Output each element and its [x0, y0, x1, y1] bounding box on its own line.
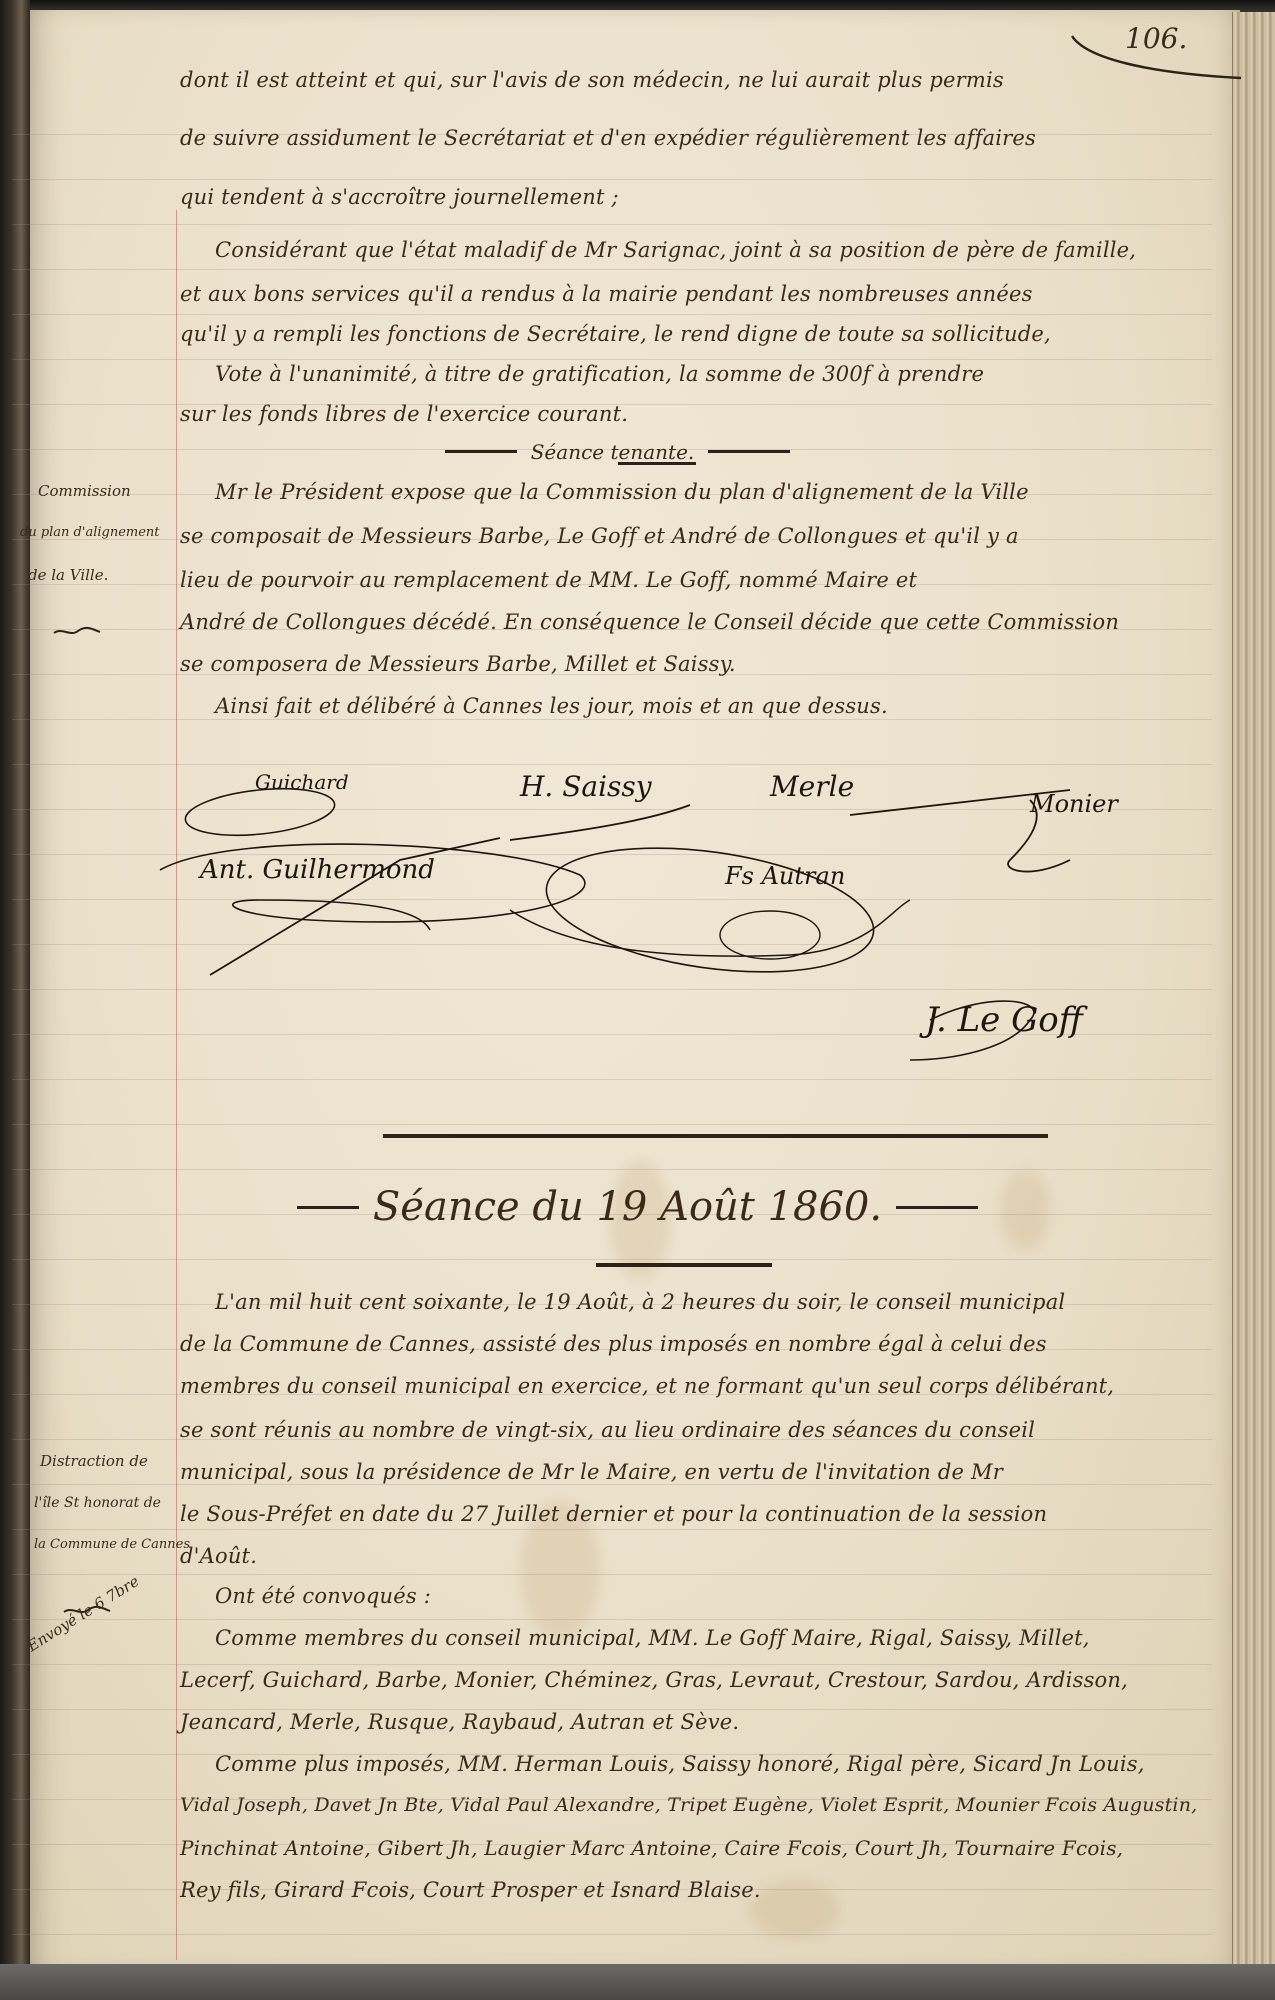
book-binding-edge — [0, 0, 30, 2000]
section-separator — [383, 1134, 1048, 1138]
text-line: de la Commune de Cannes, assisté des plu… — [180, 1332, 1235, 1356]
margin-note-commission: Commission du plan d'alignement de la Vi… — [34, 470, 176, 596]
section-heading-text: Séance tenante. — [531, 440, 695, 464]
text-line: Jeancard, Merle, Rusque, Raybaud, Autran… — [180, 1710, 1235, 1734]
signature-autran: Fs Autran — [725, 862, 845, 890]
text-line: se composait de Messieurs Barbe, Le Goff… — [180, 524, 1235, 548]
text-line: Pinchinat Antoine, Gibert Jh, Laugier Ma… — [180, 1836, 1235, 1860]
text-line: membres du conseil municipal en exercice… — [180, 1374, 1235, 1398]
text-line: Mr le Président expose que la Commission… — [215, 480, 1270, 504]
text-line: d'Août. — [180, 1544, 1235, 1568]
signature-saissy: H. Saissy — [520, 770, 652, 803]
flourish-icon — [52, 625, 102, 639]
section-heading-text: Séance du 19 Août 1860. — [373, 1184, 882, 1230]
text-line: de suivre assidument le Secrétariat et d… — [180, 126, 1235, 150]
page-number: 106. — [1125, 22, 1187, 55]
margin-note-line: Commission — [34, 470, 176, 512]
scanner-bottom-edge — [0, 1964, 1275, 2000]
text-line: lieu de pourvoir au remplacement de MM. … — [180, 568, 1235, 592]
margin-rule — [176, 210, 177, 1960]
text-line: qui tendent à s'accroître journellement … — [180, 185, 1235, 209]
signature-merle: Merle — [770, 770, 854, 803]
text-line: se composera de Messieurs Barbe, Millet … — [180, 652, 1235, 676]
section-heading-seance-tenante: Séance tenante. — [0, 438, 1275, 464]
heading-underline — [596, 1263, 772, 1267]
signature-guilhermond: Ant. Guilhermond — [200, 855, 435, 885]
heading-dash — [445, 450, 517, 453]
text-line: municipal, sous la présidence de Mr le M… — [180, 1460, 1235, 1484]
text-line: Lecerf, Guichard, Barbe, Monier, Chémine… — [180, 1668, 1235, 1692]
text-line: Rey fils, Girard Fcois, Court Prosper et… — [180, 1878, 1235, 1902]
margin-note-line: la Commune de Cannes — [34, 1524, 176, 1566]
signature-le-goff: J. Le Goff — [925, 1000, 1083, 1040]
text-line: qu'il y a rempli les fonctions de Secrét… — [180, 322, 1235, 346]
signature-monier: Monier — [1030, 790, 1118, 818]
heading-dash — [708, 450, 790, 453]
section-heading-seance-19-aout: Séance du 19 Août 1860. — [0, 1184, 1275, 1230]
text-line: Vote à l'unanimité, à titre de gratifica… — [215, 362, 1270, 386]
page-stack-edges — [1232, 12, 1275, 1972]
text-line: Comme membres du conseil municipal, MM. … — [215, 1626, 1270, 1650]
margin-note-line: de la Ville. — [28, 554, 176, 596]
text-line: se sont réunis au nombre de vingt-six, a… — [180, 1418, 1235, 1442]
margin-note-line: l'île St honorat de — [34, 1482, 176, 1524]
text-line: Vidal Joseph, Davet Jn Bte, Vidal Paul A… — [180, 1794, 1235, 1816]
text-line: Considérant que l'état maladif de Mr Sar… — [215, 238, 1270, 262]
text-line: dont il est atteint et qui, sur l'avis d… — [180, 68, 1235, 92]
text-line: Ont été convoqués : — [215, 1584, 1270, 1608]
text-line: le Sous-Préfet en date du 27 Juillet der… — [180, 1502, 1235, 1526]
text-line: et aux bons services qu'il a rendus à la… — [180, 282, 1235, 306]
text-line: L'an mil huit cent soixante, le 19 Août,… — [215, 1290, 1270, 1314]
signature-guichard: Guichard — [255, 770, 349, 794]
text-line: Ainsi fait et délibéré à Cannes les jour… — [215, 694, 1270, 718]
margin-note-line: du plan d'alignement — [20, 512, 176, 554]
text-line: Comme plus imposés, MM. Herman Louis, Sa… — [215, 1752, 1270, 1776]
margin-note-distraction: Distraction de l'île St honorat de la Co… — [34, 1440, 176, 1566]
heading-dash — [297, 1206, 359, 1209]
text-line: André de Collongues décédé. En conséquen… — [180, 610, 1235, 634]
text-line: sur les fonds libres de l'exercice coura… — [180, 402, 1235, 426]
heading-underline — [618, 462, 696, 465]
heading-dash — [896, 1206, 978, 1209]
margin-note-line: Distraction de — [34, 1440, 176, 1482]
